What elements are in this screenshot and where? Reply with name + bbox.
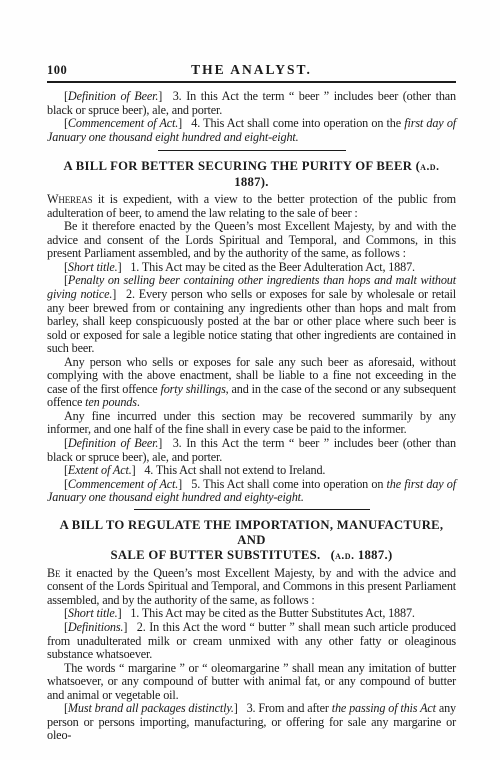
beer-bill-heading: A BILL FOR BETTER SECURING THE PURITY OF… (47, 159, 456, 190)
text-segment: Short title. (68, 606, 118, 620)
text-segment: Commencement of Act. (68, 477, 178, 491)
text-segment: 1887.) (354, 548, 392, 562)
paragraph: [Definition of Beer.] 3. In this Act the… (47, 437, 456, 464)
paragraph: Whereas it is expedient, with a view to … (47, 193, 456, 220)
page-header: 100 THE ANALYST. (47, 62, 456, 78)
text-segment: Definition of Beer. (68, 89, 158, 103)
text-segment: Definitions. (68, 620, 123, 634)
text-segment: a.d. (335, 550, 354, 562)
text-segment: Whereas (47, 192, 92, 206)
paragraph: Any fine incurred under this section may… (47, 410, 456, 437)
text-segment: Be (47, 566, 60, 580)
text-segment: Be it therefore enacted by the Queen’s m… (47, 219, 456, 260)
text-segment: Commencement of Act. (68, 116, 178, 130)
text-segment: . (137, 395, 140, 409)
text-segment: ] 1. This Act may be cited as the Butter… (118, 606, 415, 620)
paragraph: [Must brand all packages distinctly.] 3.… (47, 702, 456, 743)
beer-bill-section: A BILL FOR BETTER SECURING THE PURITY OF… (47, 159, 456, 505)
paragraph: [Commencement of Act.] 5. This Act shall… (47, 478, 456, 505)
text-segment: Extent of Act. (68, 463, 132, 477)
paragraph: [Definition of Beer.] 3. In this Act the… (47, 90, 456, 117)
paragraph: [Short title.] 1. This Act may be cited … (47, 261, 456, 275)
text-segment: ] 1. This Act may be cited as the Beer A… (118, 260, 415, 274)
text-segment: ] 4. This Act shall come into operation … (178, 116, 404, 130)
text-segment: SALE OF BUTTER SUBSTITUTES. ( (111, 548, 336, 562)
butter-bill-heading: A BILL TO REGULATE THE IMPORTATION, MANU… (47, 518, 456, 564)
text-segment: it enacted by the Queen’s most Excellent… (47, 566, 456, 607)
journal-masthead: THE ANALYST. (117, 62, 386, 78)
page-content: 100 THE ANALYST. [Definition of Beer.] 3… (47, 62, 456, 743)
prelude-paragraphs: [Definition of Beer.] 3. In this Act the… (47, 90, 456, 144)
text-segment: it is expedient, with a view to the bett… (47, 192, 456, 220)
paragraph: [Definitions.] 2. In this Act the word “… (47, 621, 456, 662)
text-segment: Any fine incurred under this section may… (47, 409, 456, 437)
section-divider-2 (134, 509, 370, 510)
text-segment: Definition of Beer. (68, 436, 158, 450)
text-segment: forty shillings (161, 382, 226, 396)
text-segment: Short title. (68, 260, 118, 274)
paragraph: Be it enacted by the Queen’s most Excell… (47, 567, 456, 608)
paragraph: Be it therefore enacted by the Queen’s m… (47, 220, 456, 261)
text-segment: A BILL TO REGULATE THE IMPORTATION, MANU… (60, 518, 444, 547)
text-segment: ten pounds (85, 395, 137, 409)
paragraph: [Short title.] 1. This Act may be cited … (47, 607, 456, 621)
paragraph: [Extent of Act.] 4. This Act shall not e… (47, 464, 456, 478)
butter-bill-section: A BILL TO REGULATE THE IMPORTATION, MANU… (47, 518, 456, 743)
paragraph: Any person who sells or exposes for sale… (47, 356, 456, 410)
butter-bill-paragraphs: Be it enacted by the Queen’s most Excell… (47, 567, 456, 743)
page-number: 100 (47, 63, 117, 78)
beer-bill-paragraphs: Whereas it is expedient, with a view to … (47, 193, 456, 505)
text-segment: The words “ margarine ” or “ oleomargari… (47, 661, 456, 702)
header-rule (47, 81, 456, 83)
text-segment: ] 3. From and after (234, 701, 332, 715)
paragraph: The words “ margarine ” or “ oleomargari… (47, 662, 456, 703)
section-divider-1 (158, 150, 346, 151)
text-segment: A BILL FOR BETTER SECURING THE PURITY OF… (64, 159, 421, 173)
prelude-section: [Definition of Beer.] 3. In this Act the… (47, 90, 456, 144)
text-segment: Must brand all packages distinctly. (68, 701, 234, 715)
paragraph: [Commencement of Act.] 4. This Act shall… (47, 117, 456, 144)
scanned-page: 100 THE ANALYST. [Definition of Beer.] 3… (0, 0, 500, 760)
text-segment: 1887). (234, 175, 269, 189)
text-segment: ] 4. This Act shall not extend to Irelan… (132, 463, 326, 477)
text-segment: a.d. (420, 161, 439, 173)
text-segment: the passing of this Act (332, 701, 436, 715)
paragraph: [Penalty on selling beer containing othe… (47, 274, 456, 355)
text-segment: ] 5. This Act shall come into operation … (178, 477, 386, 491)
